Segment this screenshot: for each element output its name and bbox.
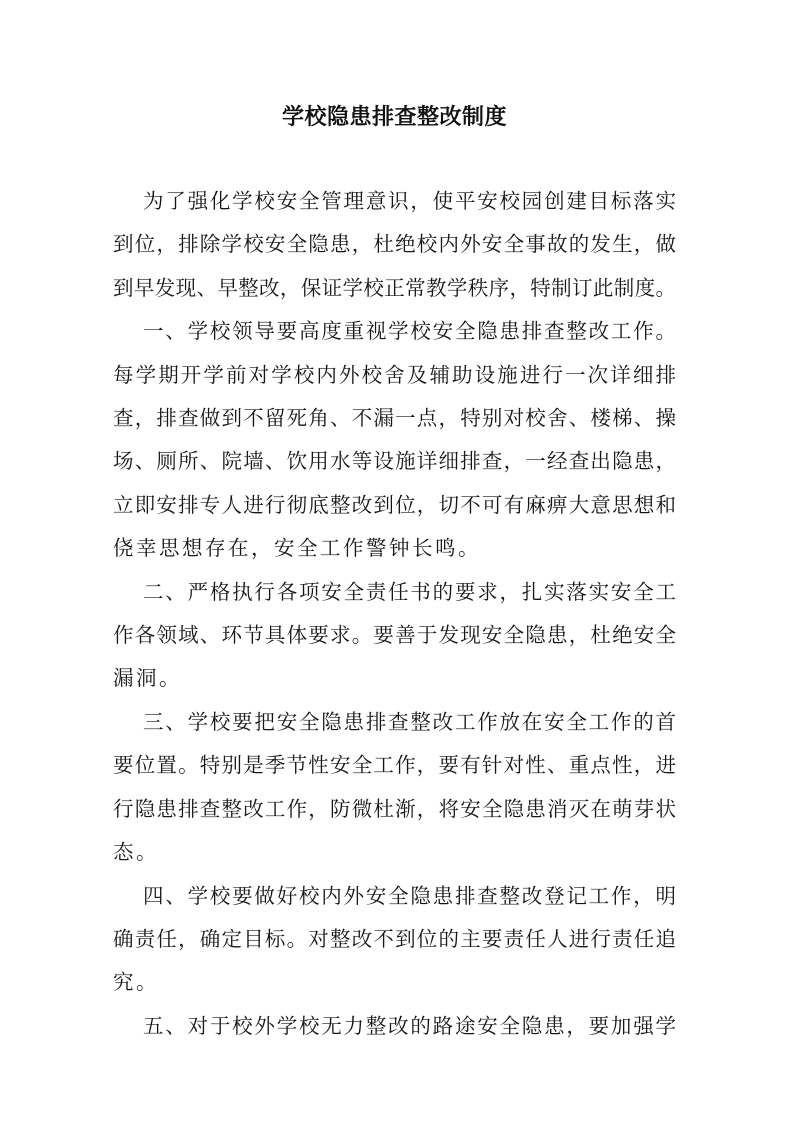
text-line: 要位置。特别是季节性安全工作，要有针对性、重点性，进 [113,745,676,788]
text-line: 行隐患排查整改工作，防微杜渐，将安全隐患消灭在萌芽状 [113,789,676,832]
text-line: 三、学校要把安全隐患排查整改工作放在安全工作的首 [113,702,676,745]
text-line: 作各领域、环节具体要求。要善于发现安全隐患，杜绝安全 [113,615,676,658]
document-title: 学校隐患排查整改制度 [113,95,676,139]
paragraph: 一、学校领导要高度重视学校安全隐患排查整改工作。每学期开学前对学校内外校舍及辅助… [113,311,676,571]
text-line: 为了强化学校安全管理意识，使平安校园创建目标落实 [113,181,676,224]
text-line: 查，排查做到不留死角、不漏一点，特别对校舍、楼梯、操 [113,398,676,441]
paragraph: 二、严格执行各项安全责任书的要求，扎实落实安全工作各领域、环节具体要求。要善于发… [113,572,676,702]
text-line: 确责任，确定目标。对整改不到位的主要责任人进行责任追 [113,919,676,962]
paragraph: 为了强化学校安全管理意识，使平安校园创建目标落实到位，排除学校安全隐患，杜绝校内… [113,181,676,311]
text-line: 态。 [113,832,676,875]
document-body: 为了强化学校安全管理意识，使平安校园创建目标落实到位，排除学校安全隐患，杜绝校内… [113,181,676,1049]
text-line: 场、厕所、院墙、饮用水等设施详细排查，一经查出隐患， [113,441,676,484]
text-line: 每学期开学前对学校内外校舍及辅助设施进行一次详细排 [113,355,676,398]
paragraph: 五、对于校外学校无力整改的路途安全隐患，要加强学 [113,1006,676,1049]
paragraph: 三、学校要把安全隐患排查整改工作放在安全工作的首要位置。特别是季节性安全工作，要… [113,702,676,876]
paragraph: 四、学校要做好校内外安全隐患排查整改登记工作，明确责任，确定目标。对整改不到位的… [113,876,676,1006]
text-line: 究。 [113,962,676,1005]
text-line: 立即安排专人进行彻底整改到位，切不可有麻痹大意思想和 [113,485,676,528]
text-line: 到早发现、早整改，保证学校正常教学秩序，特制订此制度。 [113,268,676,311]
text-line: 五、对于校外学校无力整改的路途安全隐患，要加强学 [113,1006,676,1049]
document-page: 学校隐患排查整改制度 为了强化学校安全管理意识，使平安校园创建目标落实到位，排除… [0,0,793,1122]
text-line: 漏洞。 [113,658,676,701]
text-line: 四、学校要做好校内外安全隐患排查整改登记工作，明 [113,876,676,919]
text-line: 侥幸思想存在，安全工作警钟长鸣。 [113,528,676,571]
text-line: 到位，排除学校安全隐患，杜绝校内外安全事故的发生，做 [113,224,676,267]
text-line: 一、学校领导要高度重视学校安全隐患排查整改工作。 [113,311,676,354]
text-line: 二、严格执行各项安全责任书的要求，扎实落实安全工 [113,572,676,615]
